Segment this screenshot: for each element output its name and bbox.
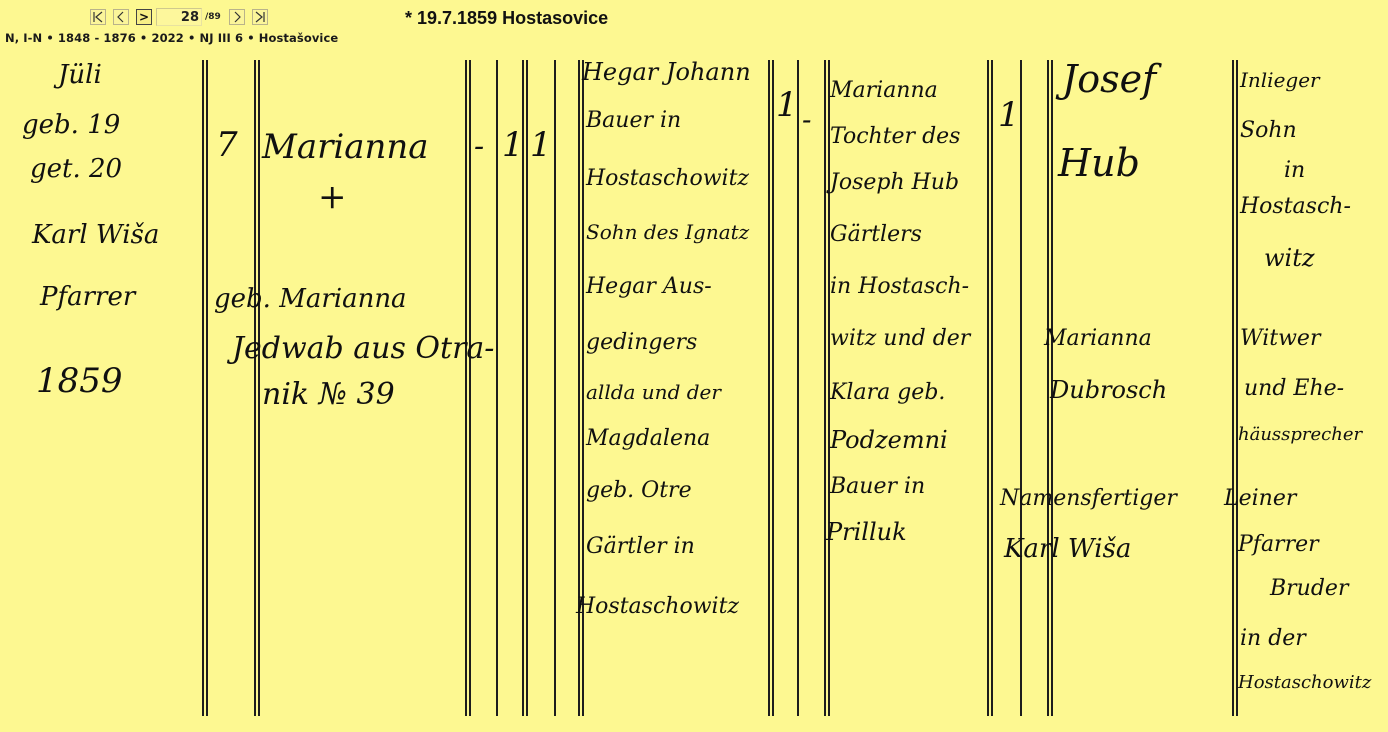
mother-line-6: witz und der: [830, 328, 970, 350]
remarks-line-2: Sohn: [1240, 120, 1297, 142]
toggle-panel-button[interactable]: >: [136, 9, 152, 25]
column-rule: [526, 60, 528, 716]
column-rule: [1047, 60, 1049, 716]
mother-line-4: Gärtlers: [830, 224, 922, 246]
chevron-right-icon: [231, 11, 243, 23]
father-line-8: Magdalena: [586, 428, 710, 450]
last-page-icon: [254, 11, 266, 23]
remarks-line-9: Leiner: [1224, 488, 1296, 510]
mother-line-9: Bauer in: [830, 476, 925, 498]
remarks-line-11: Bruder: [1270, 578, 1348, 600]
godparent-line-1: Josef: [1062, 60, 1156, 98]
priest-title: Pfarrer: [40, 284, 135, 310]
remarks-line-12: in der: [1240, 628, 1306, 650]
name-note-1: geb. Marianna: [214, 286, 407, 312]
religion-mark: -: [474, 132, 484, 162]
father-line-9: geb. Otre: [586, 480, 692, 502]
legitimate-mark: 1: [530, 128, 552, 162]
column-rule: [768, 60, 770, 716]
column-rule: [554, 60, 556, 716]
godparent-line-2: Hub: [1058, 144, 1140, 182]
column-rule: [1236, 60, 1238, 716]
chevron-left-icon: [115, 11, 127, 23]
baptism-date: get. 20: [30, 156, 122, 182]
name-note-2: Jedwab aus Otra-: [232, 334, 494, 364]
page-title: * 19.7.1859 Hostasovice: [405, 8, 608, 29]
record-viewer: > /89 N, I-N • 1848 - 1876 • 2022 • NJ I…: [0, 0, 1388, 732]
column-rule: [496, 60, 498, 716]
mother-line-7: Klara geb.: [830, 382, 945, 404]
father-line-2: Bauer in: [586, 110, 681, 132]
godparent-mark: 1: [998, 98, 1020, 132]
father-line-11: Hostaschowitz: [576, 596, 739, 618]
column-rule: [1232, 60, 1234, 716]
father-line-10: Gärtler in: [586, 536, 695, 558]
signatory-name: Karl Wiša: [1004, 536, 1131, 562]
first-page-icon: [92, 11, 104, 23]
page-number-input[interactable]: [156, 8, 202, 26]
mother-line-8: Podzemni: [830, 428, 948, 452]
arrow-right-icon: >: [139, 11, 149, 23]
mother-mark-2: -: [802, 106, 811, 134]
column-rule: [987, 60, 989, 716]
remarks-line-7: und Ehe-: [1244, 378, 1344, 400]
remarks-line-3: in: [1284, 160, 1305, 182]
father-line-7: allda und der: [586, 382, 721, 402]
birth-date: geb. 19: [22, 112, 120, 138]
record-year: 1859: [36, 364, 123, 398]
column-rule: [772, 60, 774, 716]
father-line-6: gedingers: [586, 332, 697, 354]
gender-mark: 1: [502, 128, 524, 162]
mother-line-2: Tochter des: [830, 126, 960, 148]
column-rule: [202, 60, 204, 716]
first-page-button[interactable]: [90, 9, 106, 25]
column-rule: [206, 60, 208, 716]
mother-line-1: Marianna: [830, 80, 938, 102]
column-rule: [824, 60, 826, 716]
column-rule: [469, 60, 471, 716]
column-rule: [254, 60, 256, 716]
mother-line-10: Prilluk: [826, 520, 907, 544]
page-total: /89: [205, 12, 221, 22]
mother-line-3: Joseph Hub: [830, 172, 959, 194]
mother-line-5: in Hostasch-: [830, 276, 969, 298]
next-page-button[interactable]: [229, 9, 245, 25]
house-number: 7: [216, 128, 238, 162]
father-line-3: Hostaschowitz: [586, 168, 749, 190]
register-scan-image[interactable]: Jüli geb. 19 get. 20 Karl Wiša Pfarrer 1…: [0, 48, 1388, 732]
remarks-line-5: witz: [1264, 246, 1315, 270]
column-rule: [991, 60, 993, 716]
remarks-line-6: Witwer: [1240, 328, 1320, 350]
godparent-line-4: Dubrosch: [1050, 378, 1167, 402]
remarks-line-10: Pfarrer: [1238, 534, 1319, 556]
pager-toolbar: > /89: [90, 8, 275, 26]
column-rule: [1020, 60, 1022, 716]
father-line-1: Hegar Johann: [582, 60, 751, 84]
father-line-4: Sohn des Ignatz: [586, 222, 749, 242]
remarks-line-4: Hostasch-: [1240, 196, 1351, 218]
last-page-button[interactable]: [252, 9, 268, 25]
column-rule: [258, 60, 260, 716]
priest-name: Karl Wiša: [32, 222, 159, 248]
remarks-line-1: Inlieger: [1240, 70, 1320, 90]
father-line-5: Hegar Aus-: [586, 276, 712, 298]
child-name: Marianna: [262, 130, 429, 164]
record-breadcrumb: N, I-N • 1848 - 1876 • 2022 • NJ III 6 •…: [5, 31, 338, 45]
column-rule: [797, 60, 799, 716]
remarks-line-8: häussprecher: [1238, 426, 1362, 444]
mother-mark-1: 1: [776, 88, 798, 122]
prev-page-button[interactable]: [113, 9, 129, 25]
column-rule: [465, 60, 467, 716]
name-note-3: nik № 39: [262, 380, 395, 410]
date-month: Jüli: [58, 62, 102, 88]
godparent-line-3: Marianna: [1044, 328, 1152, 350]
signatory-label: Namensfertiger: [1000, 488, 1177, 510]
deceased-mark: +: [318, 180, 347, 214]
remarks-line-13: Hostaschowitz: [1238, 674, 1371, 692]
